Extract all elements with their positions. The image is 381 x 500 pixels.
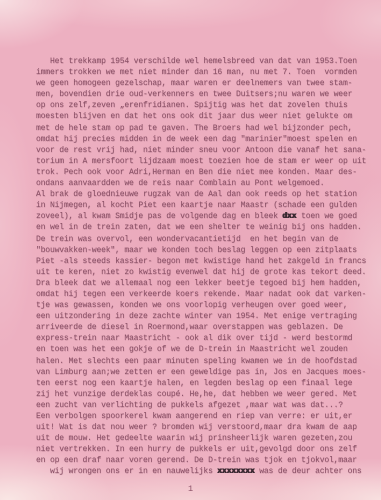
text-line: uit de mouw. Het gedeelte waarin wij pri… [36, 433, 372, 444]
text-line: op ons zelf,zeven „erenfridianen. Spijti… [36, 100, 372, 111]
text-line: een zucht van verlichting de pukkels afg… [36, 400, 372, 411]
text-line: een uitzondering in deze zachte winter v… [36, 311, 372, 322]
text-line: omdat hij tegen een verkeerde koers reke… [36, 289, 372, 300]
text-line: ondans aanvaardden we de reis naar Combl… [36, 178, 372, 189]
text-line: immers trokken we met niet minder dan 16… [36, 67, 372, 78]
text-line: en toen was het een gokje of we de D-tre… [36, 344, 372, 355]
overstruck-word: xxxxxxxx [217, 467, 254, 476]
text-line: Een verbolgen spoorkerel kwam aangerend … [36, 411, 372, 422]
overstruck-word: dxx [283, 212, 297, 221]
text-line: en op een draf naar voren gerend. De D-t… [36, 455, 372, 466]
text-line: ten eerst nog een kaartje halen, en legd… [36, 378, 372, 389]
text-line: wij wrongen ons er in en nauwelijks xxxx… [36, 466, 372, 477]
page-number: 1 [0, 484, 381, 494]
text-line: zoveel), al kwam Smidje pas de volgende … [36, 211, 372, 222]
text-line: Dra bleek dat we allemaal nog een lekker… [36, 278, 372, 289]
text-line: torium in A mersfoort lijdzaam moest toe… [36, 156, 372, 167]
text-line: men, bovendien drie oud-verkenners en tw… [36, 89, 372, 100]
text-line: Het trekkamp 1954 verschilde wel hemelsb… [36, 56, 372, 67]
text-line: en wel in de trein zaten, dat we een she… [36, 222, 372, 233]
text-line: halen. Met slechts een paar minuten spel… [36, 356, 372, 367]
text-line: voor de rest vrij had, niet minder sneu … [36, 145, 372, 156]
typewritten-text: Het trekkamp 1954 verschilde wel hemelsb… [36, 56, 372, 478]
text-line: tje was gewassen, konden we ons voorlopi… [36, 300, 372, 311]
text-line: we geen homogeen gezelschap, maar waren … [36, 78, 372, 89]
text-line: Piet -als steeds kassier- begon met kwis… [36, 256, 372, 267]
text-line: Al brak de gloednieuwe rugzak van de Aal… [36, 189, 372, 200]
text-line: van Limburg aan;we zetten er een geweldi… [36, 367, 372, 378]
text-line: uit te keren, niet zo kwistig evenwel da… [36, 267, 372, 278]
document-page: Het trekkamp 1954 verschilde wel hemelsb… [0, 0, 381, 500]
text-line: "bouwvakken-week", maar we konden toch b… [36, 245, 372, 256]
text-line: met de hele stam op pad te gaven. The Br… [36, 123, 372, 134]
text-line: express-trein naar Maastricht - ook al d… [36, 333, 372, 344]
text-line: uit! Wat is dat nou weer ? bromden wij v… [36, 422, 372, 433]
text-line: zij het vunzige derdeklas coupé. He,he, … [36, 389, 372, 400]
text-line: in Nijmegen, al kocht Piet een kaartje n… [36, 200, 372, 211]
text-line: niet vertrekken. In een hurry de pukkels… [36, 444, 372, 455]
text-line: omdat hij precies midden in de week een … [36, 134, 372, 145]
text-line: arriveerde de diesel in Roermond,waar ov… [36, 322, 372, 333]
text-line: moesten blijven en dat het ons ook dit j… [36, 111, 372, 122]
text-line: De trein was overvol, een wondervacantie… [36, 234, 372, 245]
text-line: trok. Pech ook voor Adri,Herman en Ben d… [36, 167, 372, 178]
